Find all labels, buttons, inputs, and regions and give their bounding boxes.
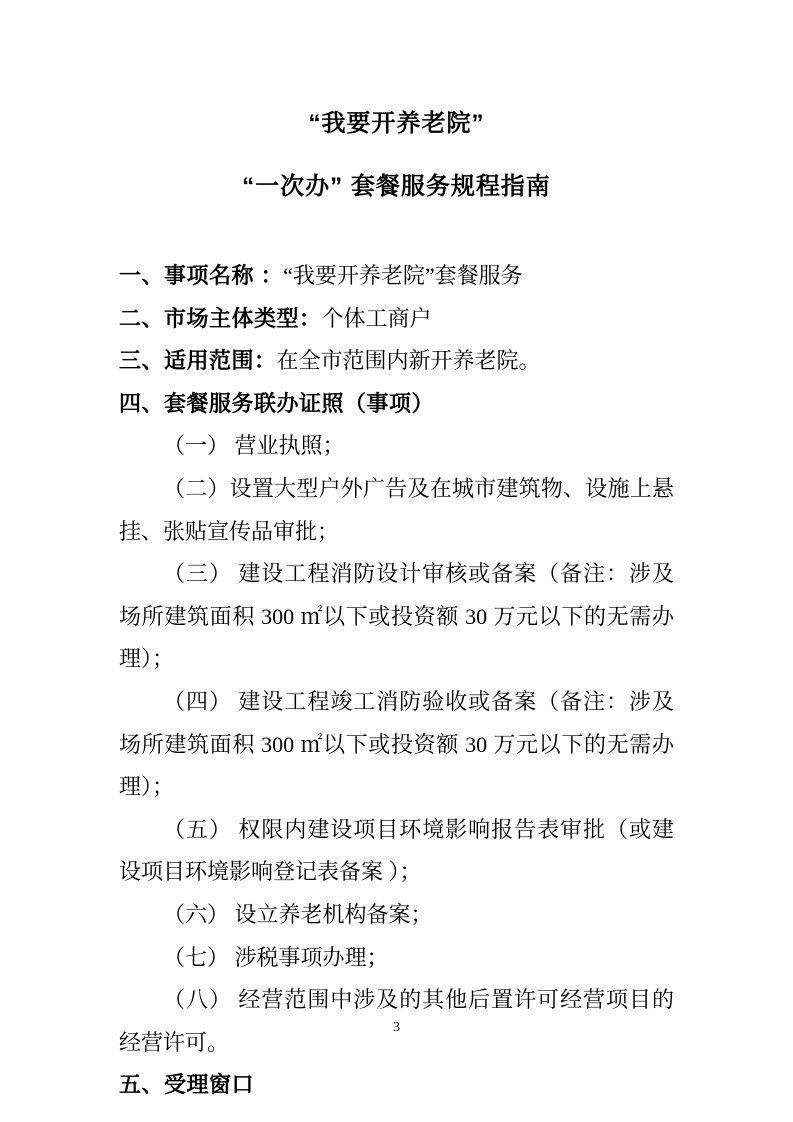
- document-body: 一、事项名称 ：“我要开养老院”套餐服务 二、市场主体类型：个体工商户 三、适用…: [119, 255, 674, 1107]
- section-2-label: 二、市场主体类型：: [119, 306, 322, 331]
- section-heading-4: 四、套餐服务联办证照（事项）: [119, 383, 674, 426]
- list-item-6: （六） 设立养老机构备案；: [119, 894, 674, 937]
- doc-title-line2: “一次办” 套餐服务规程指南: [119, 171, 674, 203]
- section-3-value: 在全市范围内新开养老院。: [277, 348, 541, 373]
- section-2-value: 个体工商户: [322, 306, 432, 331]
- section-3-label: 三、适用范围：: [119, 348, 277, 373]
- section-4-label: 四、套餐服务联办证照（事项）: [119, 391, 434, 416]
- section-1-value: “我要开养老院”套餐服务: [283, 263, 523, 288]
- list-item-4: （四） 建设工程竣工消防验收或备案（备注：涉及场所建筑面积 300 ㎡以下或投资…: [119, 681, 674, 809]
- section-heading-2: 二、市场主体类型：个体工商户: [119, 298, 674, 341]
- section-heading-5: 五、受理窗口: [119, 1064, 674, 1107]
- list-item-5: （五） 权限内建设项目环境影响报告表审批（或建设项目环境影响登记表备案 ）；: [119, 809, 674, 894]
- section-1-label: 一、事项名称 ：: [119, 263, 283, 288]
- list-item-7: （七） 涉税事项办理；: [119, 937, 674, 980]
- list-item-3: （三） 建设工程消防设计审核或备案（备注：涉及场所建筑面积 300 ㎡以下或投资…: [119, 553, 674, 681]
- section-heading-3: 三、适用范围：在全市范围内新开养老院。: [119, 340, 674, 383]
- doc-title-line1: “我要开养老院”: [119, 0, 674, 140]
- list-item-2: （二）设置大型户外广告及在城市建筑物、设施上悬挂、张贴宣传品审批；: [119, 468, 674, 553]
- section-heading-1: 一、事项名称 ：“我要开养老院”套餐服务: [119, 255, 674, 298]
- section-5-label: 五、受理窗口: [119, 1072, 254, 1097]
- document-page: “我要开养老院” “一次办” 套餐服务规程指南 一、事项名称 ：“我要开养老院”…: [0, 0, 793, 1122]
- document-content: “我要开养老院” “一次办” 套餐服务规程指南 一、事项名称 ：“我要开养老院”…: [0, 0, 793, 1107]
- list-item-1: （一） 营业执照；: [119, 425, 674, 468]
- page-number: 3: [0, 1020, 793, 1036]
